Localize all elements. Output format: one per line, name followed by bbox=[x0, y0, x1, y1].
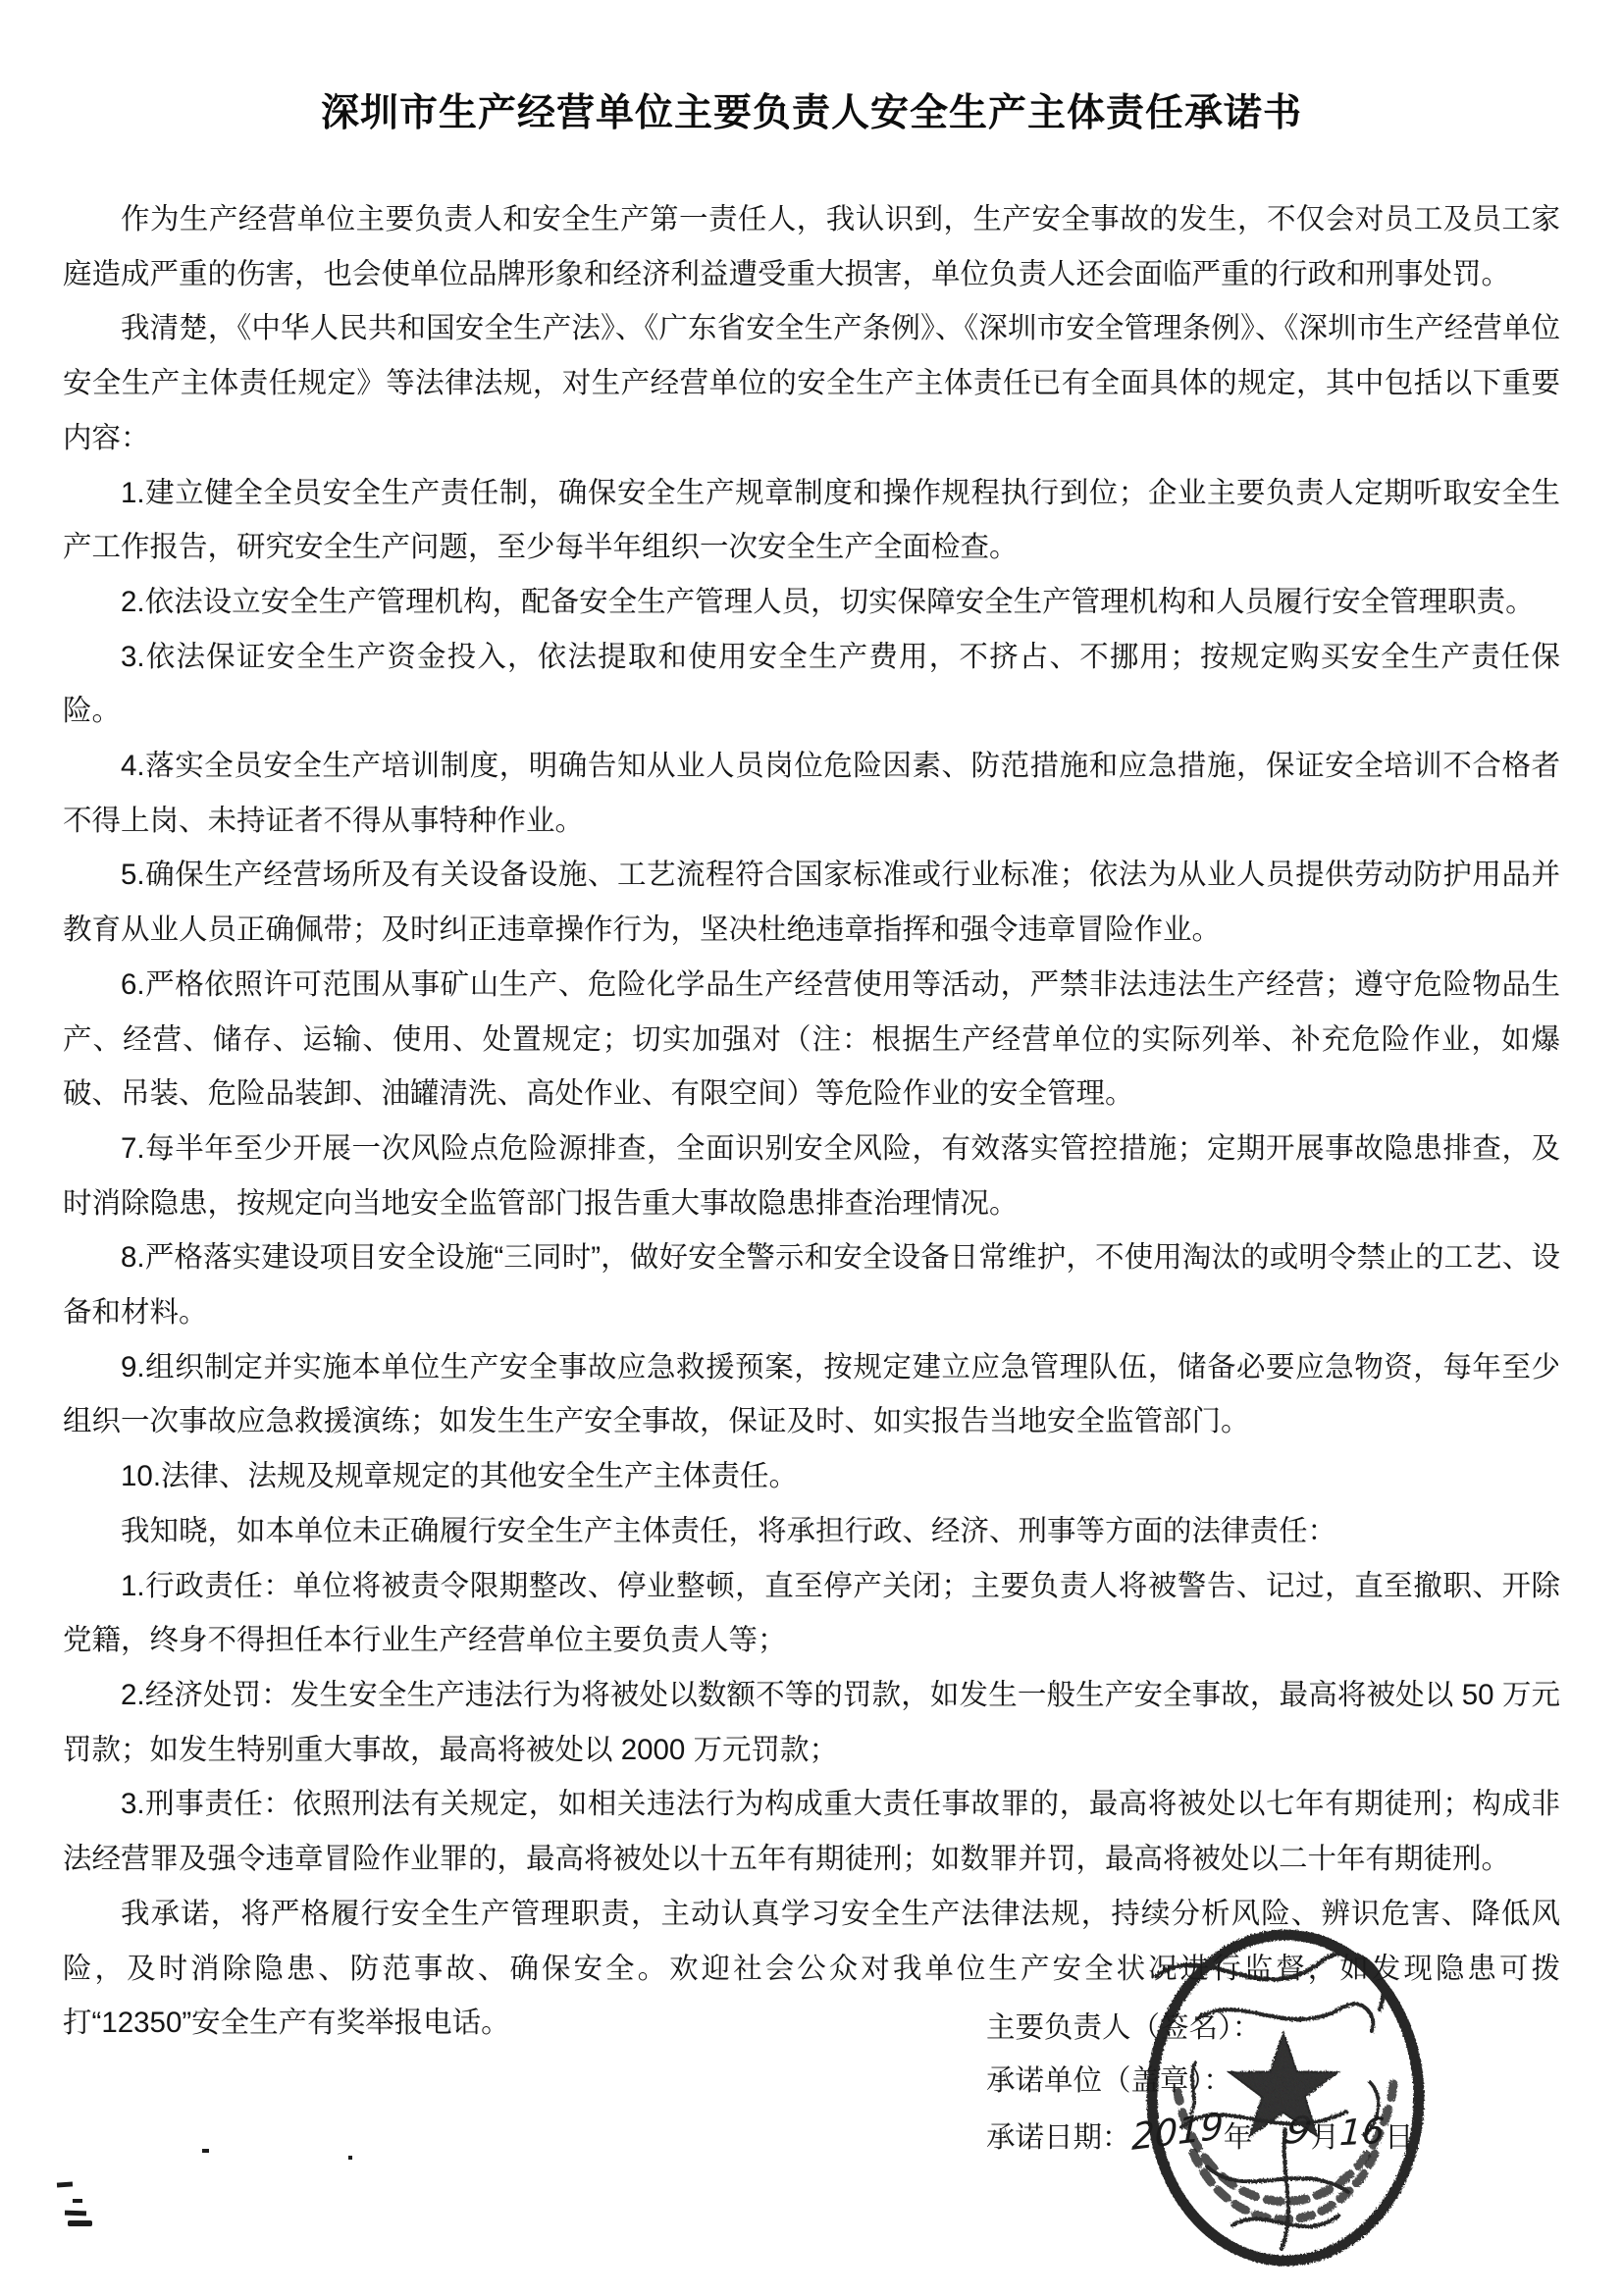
duty-item-7: 7.每半年至少开展一次风险点危险源排查，全面识别安全风险，有效落实管控措施；定期… bbox=[63, 1122, 1560, 1230]
scan-noise-speck bbox=[57, 2181, 73, 2187]
liability-intro: 我知晓，如本单位未正确履行安全生产主体责任，将承担行政、经济、刑事等方面的法律责… bbox=[63, 1504, 1560, 1559]
liability-admin: 1.行政责任：单位将被责令限期整改、停业整顿，直至停产关闭；主要负责人将被警告、… bbox=[63, 1559, 1560, 1668]
duty-item-8: 8.严格落实建设项目安全设施“三同时”，做好安全警示和安全设备日常维护，不使用淘… bbox=[63, 1230, 1560, 1339]
handwriting-scribble bbox=[1232, 2216, 1338, 2226]
handwritten-year: 2019 bbox=[1130, 2100, 1223, 2165]
duty-item-10: 10.法律、法规及规章规定的其他安全生产主体责任。 bbox=[63, 1449, 1560, 1504]
scan-noise-speck bbox=[73, 2199, 82, 2203]
handwriting-scribble bbox=[1207, 2166, 1348, 2192]
duty-item-6: 6.严格依照许可范围从事矿山生产、危险化学品生产经营使用等活动，严禁非法违法生产… bbox=[63, 958, 1560, 1122]
duty-item-3: 3.依法保证安全生产资金投入，依法提取和使用安全生产费用，不挤占、不挪用；按规定… bbox=[63, 630, 1560, 739]
day-unit: 日 bbox=[1385, 2121, 1414, 2154]
document-title: 深圳市生产经营单位主要负责人安全生产主体责任承诺书 bbox=[0, 82, 1623, 137]
duty-item-4: 4.落实全员安全生产培训制度，明确告知从业人员岗位危险因素、防范措施和应急措施，… bbox=[63, 739, 1560, 848]
responsible-label: 主要负责人（签名）： bbox=[986, 2011, 1261, 2044]
duty-item-1: 1.建立健全全员安全生产责任制，确保安全生产规章制度和操作规程执行到位；企业主要… bbox=[63, 466, 1560, 575]
scan-noise-speck bbox=[68, 2220, 92, 2226]
laws-paragraph: 我清楚，《中华人民共和国安全生产法》、《广东省安全生产条例》、《深圳市安全管理条… bbox=[63, 301, 1560, 465]
date-label: 承诺日期： bbox=[986, 2121, 1131, 2154]
document-body: 作为生产经营单位主要负责人和安全生产第一责任人，我认识到，生产安全事故的发生，不… bbox=[63, 192, 1560, 2051]
scan-noise-speck bbox=[65, 2211, 86, 2217]
duty-item-9: 9.组织制定并实施本单位生产安全事故应急救援预案，按规定建立应急管理队伍，储备必… bbox=[63, 1340, 1560, 1449]
duty-item-5: 5.确保生产经营场所及有关设备设施、工艺流程符合国家标准或行业标准；依法为从业人… bbox=[63, 848, 1560, 957]
intro-paragraph: 作为生产经营单位主要负责人和安全生产第一责任人，我认识到，生产安全事故的发生，不… bbox=[63, 192, 1560, 301]
responsible-signature-line: 主要负责人（签名）： bbox=[986, 2002, 1414, 2055]
month-unit: 月 bbox=[1311, 2121, 1340, 2154]
document-page: 深圳市生产经营单位主要负责人安全生产主体责任承诺书 作为生产经营单位主要负责人和… bbox=[0, 0, 1623, 2296]
signature-block: 主要负责人（签名）： 承诺单位（盖章）： 承诺日期：2019年9月16日 bbox=[986, 2002, 1414, 2161]
handwritten-day: 16 bbox=[1338, 2106, 1387, 2162]
unit-seal-line: 承诺单位（盖章）： bbox=[986, 2055, 1414, 2108]
scan-noise-speck bbox=[348, 2156, 352, 2160]
commitment-date-line: 承诺日期：2019年9月16日 bbox=[986, 2108, 1414, 2161]
duty-item-2: 2.依法设立安全生产管理机构，配备安全生产管理人员，切实保障安全生产管理机构和人… bbox=[63, 575, 1560, 630]
liability-economic: 2.经济处罚：发生安全生产违法行为将被处以数额不等的罚款，如发生一般生产安全事故… bbox=[63, 1668, 1560, 1777]
unit-label: 承诺单位（盖章）： bbox=[986, 2064, 1232, 2097]
liability-criminal: 3.刑事责任：依照刑法有关规定，如相关违法行为构成重大责任事故罪的，最高将被处以… bbox=[63, 1777, 1560, 1886]
scan-noise-speck bbox=[202, 2149, 209, 2153]
year-unit: 年 bbox=[1224, 2121, 1253, 2154]
